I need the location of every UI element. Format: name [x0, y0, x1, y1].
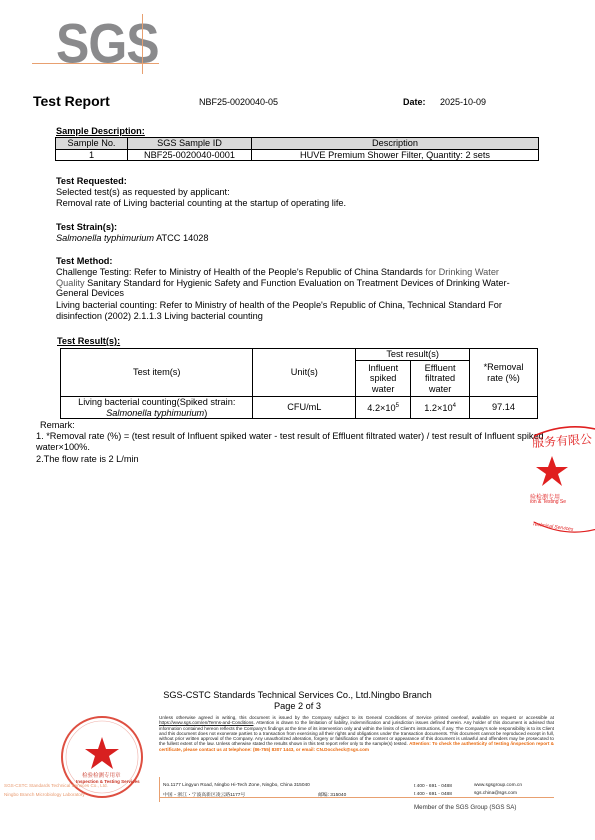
- sgs-logo: SGS: [32, 14, 160, 74]
- sgs-group-member: Member of the SGS Group (SGS SA): [414, 804, 516, 811]
- lab-caption-2: Ningbo Branch Microbiology Laboratory: [4, 792, 85, 797]
- strain-id: ATCC 14028: [154, 233, 208, 243]
- test-item-close: ): [204, 408, 207, 418]
- method-text: Sanitary Standard for Hygienic Safety an…: [56, 278, 510, 299]
- column-header-effluent: Effluent filtrated water: [411, 360, 470, 397]
- report-number: NBF25-0020040-05: [199, 97, 278, 107]
- test-strain-title: Test Strain(s):: [56, 222, 117, 232]
- address-en: No.1177 Lingyun Road, Ningbo Hi-Tech Zon…: [163, 783, 310, 788]
- test-requested-title: Test Requested:: [56, 176, 127, 186]
- sgs-logo-text: SGS: [56, 11, 159, 76]
- footer-company-name: SGS-CSTC Standards Technical Services Co…: [0, 690, 595, 712]
- page-number: Page 2 of 3: [0, 701, 595, 712]
- test-item-text: Living bacterial counting(Spiked strain:: [63, 397, 250, 408]
- effluent-value: 1.2×10: [424, 403, 452, 413]
- effluent-header-text: Effluent filtrated water: [420, 363, 460, 395]
- test-method-title: Test Method:: [56, 256, 112, 266]
- phone-2: t 400 - 691 - 0488: [414, 792, 452, 797]
- effluent-exponent: 4: [453, 403, 456, 409]
- effluent-cell: 1.2×104: [411, 397, 470, 419]
- influent-cell: 4.2×105: [356, 397, 411, 419]
- test-requested-line: Removal rate of Living bacterial countin…: [56, 198, 536, 209]
- sgs-sample-id: NBF25-0020040-0001: [128, 149, 252, 161]
- column-header-influent: Influent spiked water: [356, 360, 411, 397]
- column-header-test-result-group: Test result(s): [356, 349, 470, 361]
- removal-rate-cell: 97.14: [470, 397, 538, 419]
- remark-title: Remark:: [40, 420, 550, 431]
- lab-caption-1: SGS-CSTC Standards Technical Services Co…: [4, 783, 108, 788]
- column-header: Sample No.: [56, 138, 128, 150]
- test-item-species: Salmonella typhimurium: [106, 408, 204, 418]
- influent-exponent: 5: [396, 403, 399, 409]
- seal-cn-label: 检验检测专用章: [82, 771, 121, 779]
- removal-rate-header-text: *Removal rate (%): [480, 362, 528, 383]
- column-header-removal-rate: *Removal rate (%): [470, 349, 538, 397]
- date-value: 2025-10-09: [440, 97, 486, 107]
- sample-description-title: Sample Description:: [56, 126, 145, 136]
- strain-species: Salmonella typhimurium: [56, 233, 154, 243]
- phone-1: t 400 - 691 - 0488: [414, 784, 452, 789]
- remark-item: 1. *Removal rate (%) = (test result of I…: [36, 431, 546, 453]
- sample-description: HUVE Premium Shower Filter, Quantity: 2 …: [252, 149, 539, 161]
- table-header-row: Sample No. SGS Sample ID Description: [56, 138, 539, 150]
- company-seal-right: 服务有限公 验检测专用 ion & Testing Se Technical S…: [530, 418, 595, 538]
- method-text: Challenge Testing: Refer to Ministry of …: [56, 267, 423, 277]
- address-divider-vertical: [159, 777, 160, 802]
- legal-disclaimer: Unless otherwise agreed in writing, this…: [159, 715, 554, 752]
- column-header: Description: [252, 138, 539, 150]
- test-strain-value: Salmonella typhimurium ATCC 14028: [56, 233, 536, 244]
- table-header-row: Test item(s) Unit(s) Test result(s) *Rem…: [61, 349, 538, 361]
- company-name: SGS-CSTC Standards Technical Services Co…: [0, 690, 595, 701]
- test-results-title: Test Result(s):: [57, 336, 120, 346]
- seal-en-text: ion & Testing Se: [530, 499, 566, 505]
- test-method-paragraph-1: Challenge Testing: Refer to Ministry of …: [56, 267, 521, 299]
- influent-value: 4.2×10: [367, 403, 395, 413]
- table-row: 1 NBF25-0020040-0001 HUVE Premium Shower…: [56, 149, 539, 161]
- sample-description-table: Sample No. SGS Sample ID Description 1 N…: [55, 137, 539, 161]
- test-requested-line: Selected test(s) as requested by applica…: [56, 187, 536, 198]
- influent-header-text: Influent spiked water: [364, 363, 402, 395]
- column-header-test-item: Test item(s): [61, 349, 253, 397]
- address-cn: 中国・浙江・宁波高新区凌云路1177号: [163, 791, 245, 798]
- table-row: Living bacterial counting(Spiked strain:…: [61, 397, 538, 419]
- test-results-table: Test item(s) Unit(s) Test result(s) *Rem…: [60, 348, 538, 419]
- logo-horizontal-line: [32, 63, 159, 64]
- website-link[interactable]: www.sgsgroup.com.cn: [474, 783, 522, 788]
- sample-no: 1: [56, 149, 128, 161]
- email-link[interactable]: sgs.china@sgs.com: [474, 791, 517, 796]
- report-title: Test Report: [33, 93, 110, 109]
- terms-link[interactable]: https://www.sgs.com/en/Terms-and-Conditi…: [159, 720, 253, 725]
- date-label: Date:: [403, 97, 426, 107]
- postcode-cn: 邮编: 315040: [318, 791, 346, 798]
- unit-cell: CFU/mL: [253, 397, 356, 419]
- remark-item: 2.The flow rate is 2 L/min: [36, 454, 546, 465]
- logo-vertical-line: [142, 14, 143, 74]
- column-header: SGS Sample ID: [128, 138, 252, 150]
- test-item-cell: Living bacterial counting(Spiked strain:…: [61, 397, 253, 419]
- column-header-unit: Unit(s): [253, 349, 356, 397]
- disclaimer-text: Unless otherwise agreed in writing, this…: [159, 715, 554, 720]
- test-method-paragraph-2: Living bacterial counting: Refer to Mini…: [56, 300, 531, 321]
